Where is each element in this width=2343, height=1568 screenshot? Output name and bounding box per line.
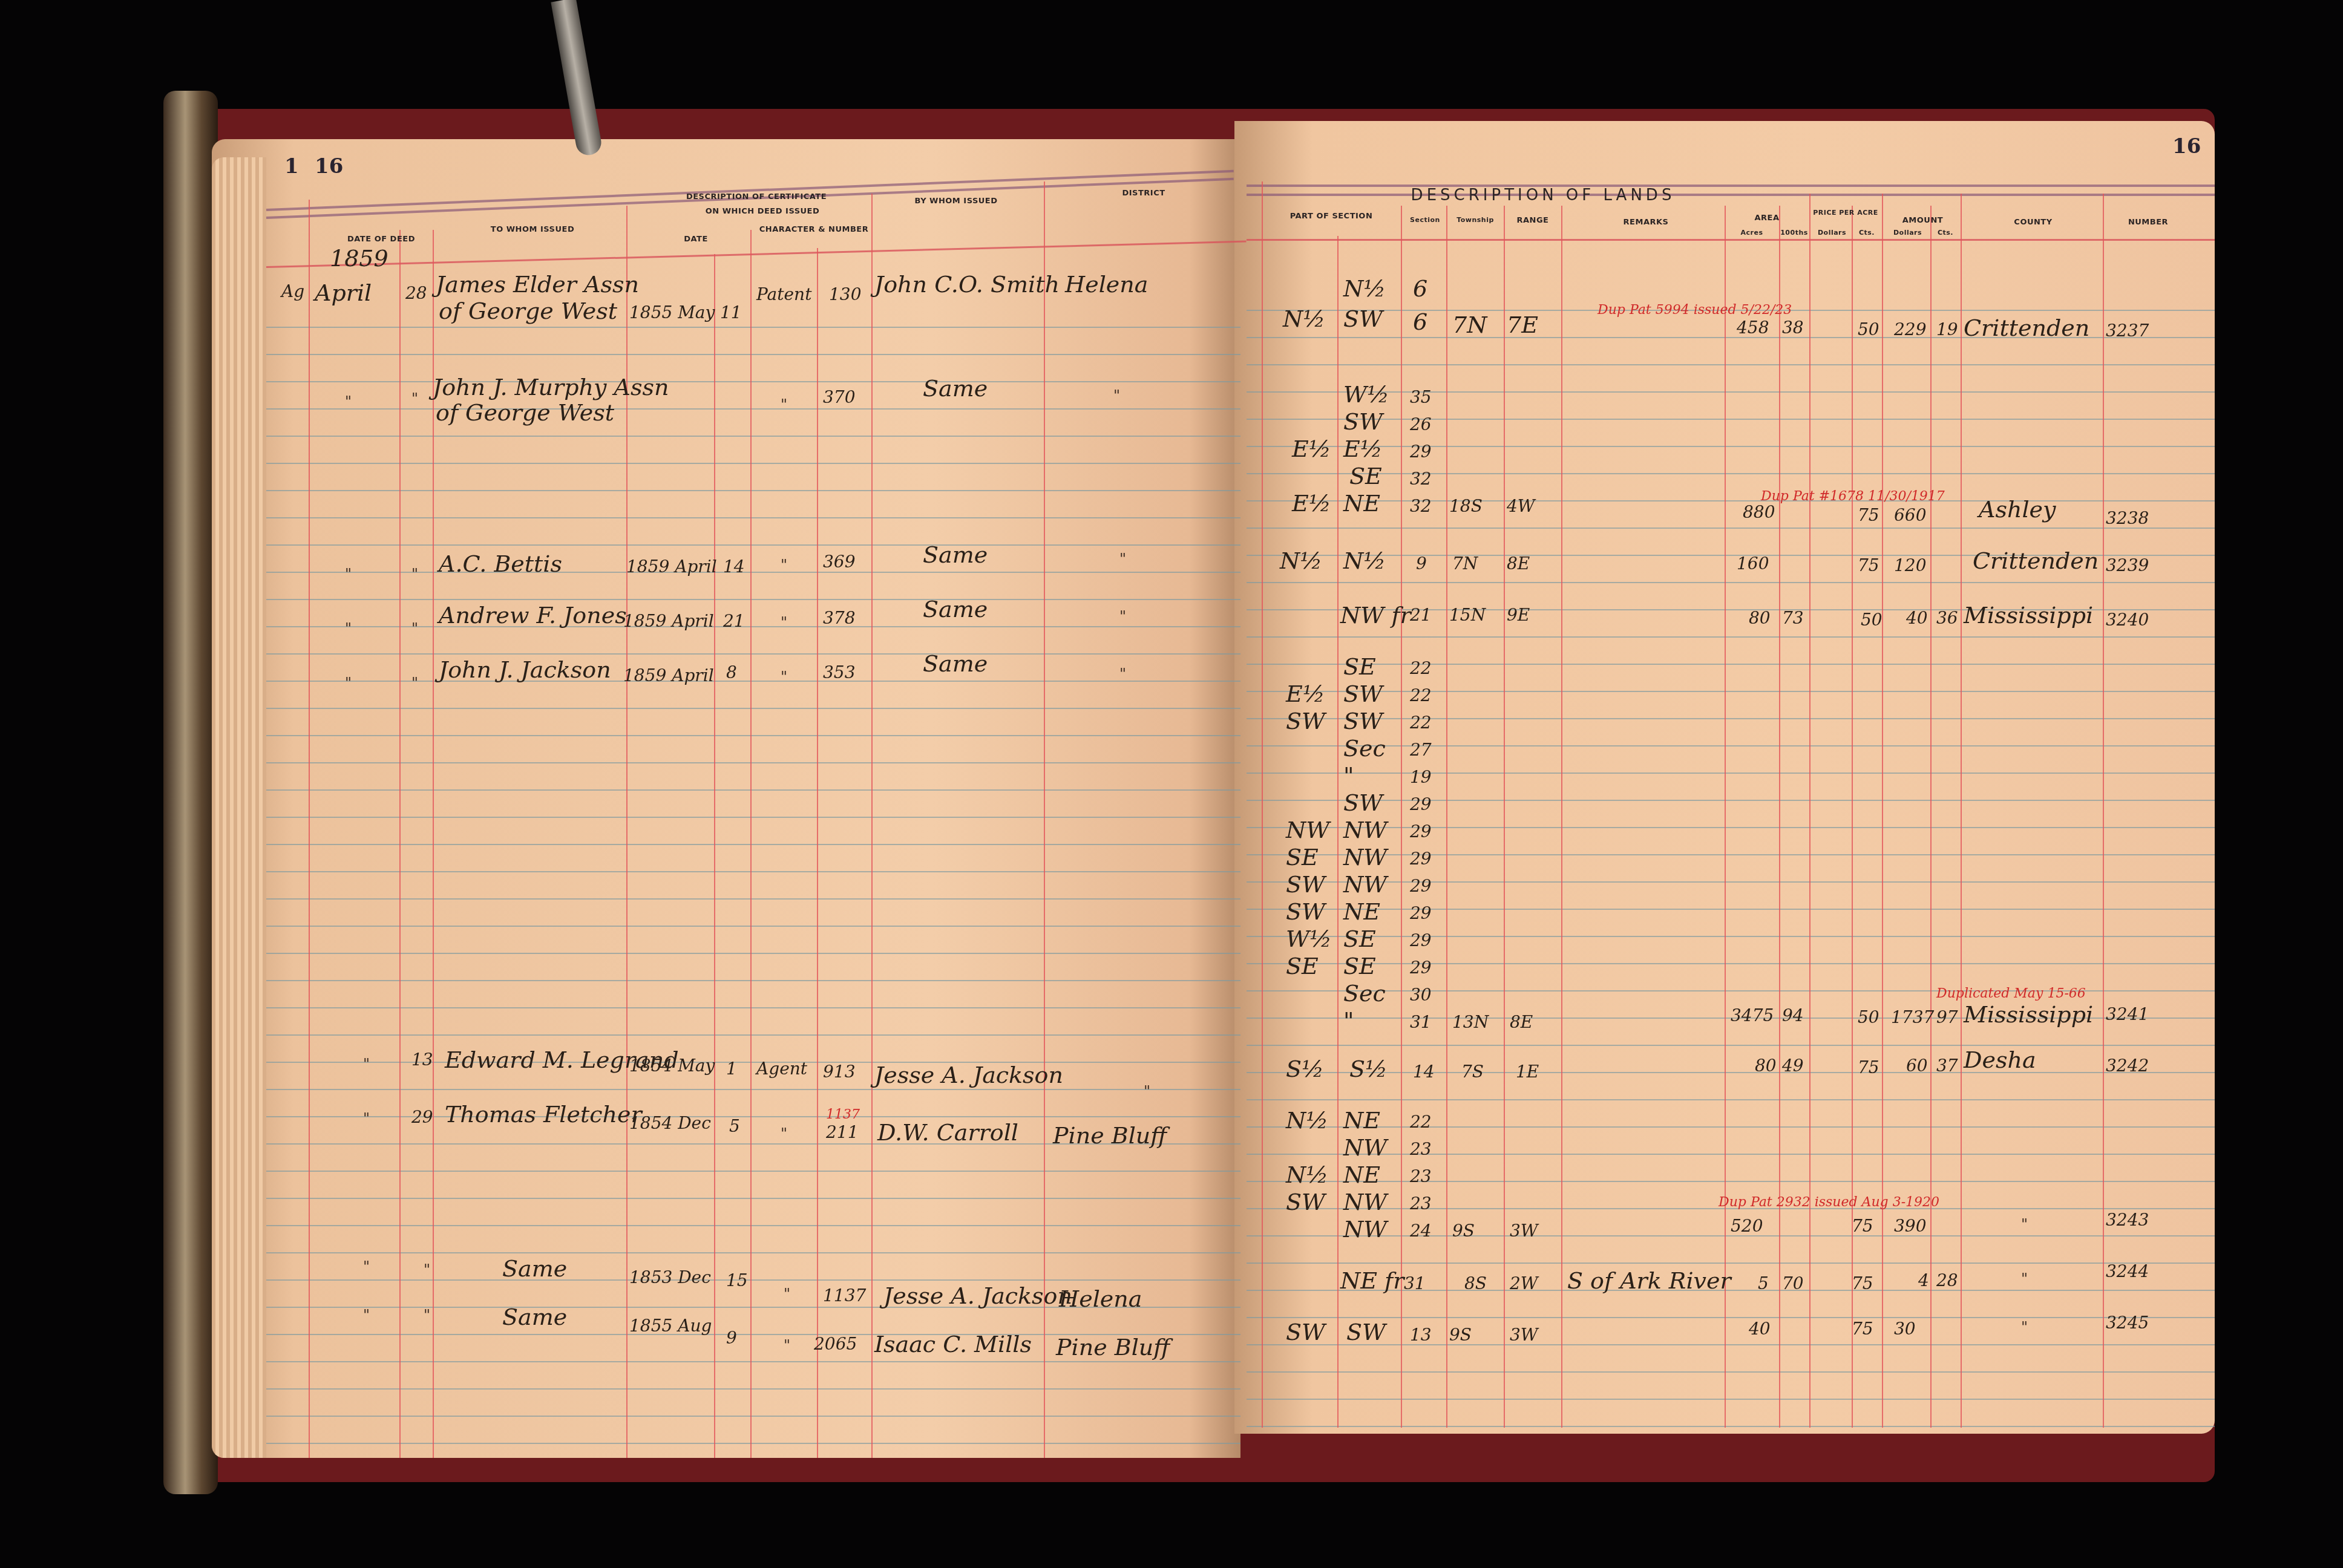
header-bottom-rule xyxy=(1247,239,2215,241)
cert-number-red: 1137 xyxy=(826,1107,860,1122)
land-subdivision: NW xyxy=(1343,1189,1387,1215)
land-section: 26 xyxy=(1410,414,1432,434)
ruled-line xyxy=(1247,854,2215,855)
ruled-line xyxy=(1247,909,2215,910)
red-annotation: Duplicated May 15-66 xyxy=(1936,986,2086,1001)
ruled-line xyxy=(1247,881,2215,883)
price-cts: 75 xyxy=(1858,555,1879,575)
cert-day: 14 xyxy=(723,557,745,577)
land-township: 9S xyxy=(1449,1325,1472,1345)
ruled-line xyxy=(266,926,1240,927)
header-amount: AMOUNT xyxy=(1885,216,1961,225)
ruled-line xyxy=(1247,1317,2215,1318)
cert-day: 1 xyxy=(726,1059,737,1079)
land-part: N½ xyxy=(1286,1161,1328,1188)
ruled-line xyxy=(1247,773,2215,774)
price-cts: 50 xyxy=(1858,1007,1879,1027)
header-date-of-deed: DATE OF DEED xyxy=(339,235,424,244)
column-rule xyxy=(1337,236,1339,1428)
grantee-name: Same xyxy=(502,1304,567,1330)
ruled-line xyxy=(266,1279,1240,1281)
ditto-mark: " xyxy=(411,620,418,637)
county: Desha xyxy=(1964,1047,2036,1073)
ruled-line xyxy=(1247,1263,2215,1264)
land-section: 14 xyxy=(1413,1062,1435,1082)
cert-character: Agent xyxy=(756,1059,807,1079)
land-subdivision: W½ xyxy=(1343,381,1389,408)
header-price-per-acre: PRICE PER ACRE xyxy=(1812,209,1879,217)
cert-day: 8 xyxy=(726,662,737,682)
ruled-line xyxy=(266,408,1240,410)
ruled-line xyxy=(266,436,1240,437)
cert-number: 130 xyxy=(829,284,861,304)
ruled-line xyxy=(1247,691,2215,692)
acres: 40 xyxy=(1749,1319,1771,1339)
land-part: SW xyxy=(1286,1319,1325,1345)
land-subdivision: " xyxy=(1343,762,1354,789)
ruled-line xyxy=(266,327,1240,328)
column-rule xyxy=(1504,206,1505,1428)
land-range: 4W xyxy=(1507,496,1535,516)
land-subdivision: SE xyxy=(1343,926,1376,952)
issued-by: Isaac C. Mills xyxy=(874,1331,1032,1357)
column-rule xyxy=(1852,206,1853,1428)
land-part: E½ xyxy=(1292,490,1331,517)
ruled-line xyxy=(266,544,1240,546)
ruled-line xyxy=(266,898,1240,900)
county: Crittenden xyxy=(1964,315,2089,341)
land-township: 18S xyxy=(1449,496,1483,516)
ditto-mark: " xyxy=(1144,1083,1150,1100)
header-range: RANGE xyxy=(1506,216,1560,225)
ruled-line xyxy=(1247,1399,2215,1400)
ruled-line xyxy=(266,1361,1240,1362)
record-number: 3244 xyxy=(2106,1261,2149,1281)
acres-100ths: 73 xyxy=(1782,608,1804,628)
land-subdivision: NW xyxy=(1343,1216,1387,1243)
ruled-line xyxy=(1247,528,2215,529)
deed-day: 28 xyxy=(405,283,427,303)
cert-date: 1855 Aug xyxy=(629,1316,712,1336)
ruled-line xyxy=(266,1034,1240,1036)
column-rule xyxy=(1446,206,1447,1428)
ditto-mark: " xyxy=(424,1261,430,1278)
record-number: 3243 xyxy=(2106,1210,2149,1230)
price-cts: 75 xyxy=(1852,1216,1873,1236)
ruled-line xyxy=(1247,1126,2215,1128)
land-subdivision: SE xyxy=(1343,953,1376,979)
red-annotation: Dup Pat 5994 issued 5/22/23 xyxy=(1597,302,1792,318)
amount-dollars: 120 xyxy=(1894,555,1926,575)
land-subdivision: NE fr xyxy=(1340,1267,1404,1294)
header-area: AREA xyxy=(1728,214,1806,223)
ditto-mark: " xyxy=(784,1285,790,1302)
land-part: N½ xyxy=(1286,1107,1328,1134)
land-subdivision: NE xyxy=(1343,1161,1380,1188)
price-cts: 50 xyxy=(1861,610,1883,630)
ruled-line xyxy=(1247,936,2215,937)
cert-day: 9 xyxy=(726,1328,737,1348)
land-part: N½ xyxy=(1283,305,1325,332)
margin-note: Ag xyxy=(281,281,304,301)
acres-100ths: 70 xyxy=(1782,1273,1804,1293)
land-township: 8S xyxy=(1464,1273,1487,1293)
cert-number: 370 xyxy=(823,387,855,407)
acres: 880 xyxy=(1743,502,1775,522)
district: Pine Bluff xyxy=(1053,1122,1167,1149)
ditto-mark: " xyxy=(781,557,787,573)
land-township: 13N xyxy=(1452,1012,1489,1032)
amount-dollars: 390 xyxy=(1894,1216,1926,1236)
land-range: 8E xyxy=(1510,1012,1533,1032)
cert-character: Patent xyxy=(756,284,811,304)
acres: 458 xyxy=(1737,318,1769,338)
record-number: 3242 xyxy=(2106,1056,2149,1076)
frayed-spine xyxy=(163,91,218,1494)
ruled-line xyxy=(266,599,1240,600)
land-range: 8E xyxy=(1507,554,1530,573)
district: Helena xyxy=(1065,271,1148,298)
amount-cts: 28 xyxy=(1936,1270,1958,1290)
district: Pine Bluff xyxy=(1056,1334,1170,1361)
acres-100ths: 94 xyxy=(1782,1005,1804,1025)
land-section: 29 xyxy=(1410,822,1432,841)
cert-number: 378 xyxy=(823,608,855,628)
cert-date: 1855 May xyxy=(629,302,715,322)
header-price-cts: Cts. xyxy=(1852,229,1882,237)
red-annotation: Dup Pat 2932 issued Aug 3-1920 xyxy=(1719,1195,1939,1210)
land-subdivision: SE xyxy=(1349,463,1382,489)
issued-by: Same xyxy=(923,375,988,402)
column-rule xyxy=(1779,206,1780,1428)
amount-dollars: 1737 xyxy=(1891,1007,1934,1027)
land-section: 29 xyxy=(1410,958,1432,978)
grantee-name: Same xyxy=(502,1255,567,1282)
cert-number: 353 xyxy=(823,662,855,682)
year-label: 1859 xyxy=(330,245,388,272)
header-remarks: REMARKS xyxy=(1585,218,1706,227)
land-section: 19 xyxy=(1410,767,1432,787)
ditto-mark: " xyxy=(2021,1216,2028,1233)
header-to-whom-issued: TO WHOM ISSUED xyxy=(472,225,593,234)
acres-100ths: 49 xyxy=(1782,1056,1804,1076)
ruled-line xyxy=(266,789,1240,791)
land-section: 29 xyxy=(1410,794,1432,814)
cert-date: 1853 Dec xyxy=(629,1267,711,1287)
land-range: 2W xyxy=(1510,1273,1538,1293)
column-rule xyxy=(1725,206,1726,1428)
price-cts: 75 xyxy=(1858,505,1879,525)
ditto-mark: " xyxy=(345,620,352,637)
county: Mississippi xyxy=(1964,1001,2093,1028)
record-number: 3239 xyxy=(2106,555,2149,575)
land-part: E½ xyxy=(1292,436,1331,462)
column-rule xyxy=(1809,194,1810,1428)
grantee-name: John J. Jackson xyxy=(439,656,611,683)
header-on-which-deed-issued: ON WHICH DEED ISSUED xyxy=(678,207,847,216)
ruled-line xyxy=(1247,800,2215,801)
ditto-mark: " xyxy=(1119,608,1126,625)
land-section: 29 xyxy=(1410,930,1432,950)
ruled-line xyxy=(266,817,1240,818)
land-subdivision: SE xyxy=(1343,653,1376,680)
ruled-line xyxy=(266,463,1240,464)
ruled-line xyxy=(1247,419,2215,420)
column-rule xyxy=(1961,194,1962,1428)
issued-by: John C.O. Smith xyxy=(874,271,1060,298)
cert-day: 15 xyxy=(726,1270,748,1290)
county: Crittenden xyxy=(1973,547,2099,574)
ruled-line xyxy=(266,354,1240,355)
land-part: SE xyxy=(1286,953,1319,979)
ditto-mark: " xyxy=(411,675,418,691)
amount-cts: 37 xyxy=(1936,1056,1958,1076)
ditto-mark: " xyxy=(345,675,352,691)
land-subdivision: S½ xyxy=(1349,1056,1388,1082)
land-section: 22 xyxy=(1410,713,1432,733)
grantee-name: Thomas Fletcher xyxy=(445,1101,642,1128)
land-part: SW xyxy=(1286,708,1325,734)
land-part: NW xyxy=(1286,817,1329,843)
header-part-of-section: PART OF SECTION xyxy=(1268,212,1395,221)
land-section: 22 xyxy=(1410,685,1432,705)
ditto-mark: " xyxy=(781,1125,787,1142)
column-rule xyxy=(309,200,310,1458)
cert-date: 1854 May xyxy=(629,1056,715,1076)
cert-day: 5 xyxy=(729,1116,740,1136)
amount-dollars: 660 xyxy=(1894,505,1926,525)
header-description-of-lands: DESCRIPTION OF LANDS xyxy=(1392,186,1694,204)
ditto-mark: " xyxy=(345,393,352,410)
issued-by: Same xyxy=(923,541,988,568)
column-rule xyxy=(817,248,818,1458)
land-part: SW xyxy=(1286,871,1325,898)
county: Ashley xyxy=(1979,496,2056,523)
ruled-line xyxy=(266,1443,1240,1444)
land-section: 24 xyxy=(1410,1221,1432,1241)
ruled-line xyxy=(266,653,1240,655)
ruled-line xyxy=(1247,1344,2215,1345)
land-township: 9S xyxy=(1452,1221,1475,1241)
amount-dollars: 229 xyxy=(1894,319,1926,339)
cert-day: 11 xyxy=(720,302,742,322)
land-subdivision: NW xyxy=(1343,1134,1387,1161)
cert-date: 1854 Dec xyxy=(629,1113,711,1133)
land-part: SW xyxy=(1286,898,1325,925)
amount-dollars: 40 xyxy=(1906,608,1928,628)
grantee-name: A.C. Bettis xyxy=(439,550,562,577)
deed-day: 13 xyxy=(411,1050,433,1070)
land-range: 9E xyxy=(1507,605,1530,625)
land-subdivision: SW xyxy=(1343,305,1383,332)
land-subdivision: NE xyxy=(1343,898,1380,925)
issued-by: Jesse A. Jackson xyxy=(883,1282,1072,1309)
cert-number: 913 xyxy=(823,1062,855,1082)
land-part: SE xyxy=(1286,844,1319,871)
land-section: 31 xyxy=(1404,1273,1426,1293)
deed-month: April xyxy=(315,279,372,306)
ruled-line xyxy=(1247,718,2215,719)
ditto-mark: " xyxy=(363,1258,370,1275)
land-subdivision: NE xyxy=(1343,1107,1380,1134)
ruled-line xyxy=(266,953,1240,954)
land-township: 15N xyxy=(1449,605,1486,625)
land-section: 9 xyxy=(1416,554,1427,573)
ruled-line xyxy=(266,1388,1240,1390)
land-subdivision: SW xyxy=(1343,408,1383,435)
header-number: NUMBER xyxy=(2112,218,2184,227)
ditto-mark: " xyxy=(411,566,418,583)
header-description-of-certificate: DESCRIPTION OF CERTIFICATE xyxy=(666,192,847,201)
land-section: 22 xyxy=(1410,1112,1432,1132)
column-rule xyxy=(1262,181,1263,1428)
issued-by: Jesse A. Jackson xyxy=(874,1062,1063,1088)
record-number: 3238 xyxy=(2106,508,2149,528)
ruled-line xyxy=(266,517,1240,518)
header-township: Township xyxy=(1447,216,1503,224)
land-section: 29 xyxy=(1410,903,1432,923)
amount-dollars: 60 xyxy=(1906,1056,1928,1076)
acres: 80 xyxy=(1755,1056,1777,1076)
amount-cts: 19 xyxy=(1936,319,1958,339)
ruled-line xyxy=(266,490,1240,491)
ruled-line xyxy=(266,735,1240,736)
ruled-line xyxy=(266,844,1240,845)
ruled-line xyxy=(1247,582,2215,583)
land-subdivision: " xyxy=(1343,1007,1354,1034)
ditto-mark: " xyxy=(363,1307,370,1324)
page-number-left: 16 xyxy=(315,154,343,178)
land-subdivision: NW xyxy=(1343,817,1387,843)
ruled-line xyxy=(1247,500,2215,501)
ruled-line xyxy=(1247,1181,2215,1182)
land-section: 30 xyxy=(1410,985,1432,1005)
ruled-line xyxy=(266,1089,1240,1090)
acres-100ths: 38 xyxy=(1782,318,1804,338)
land-part: W½ xyxy=(1286,926,1332,952)
cert-date: 1859 April xyxy=(626,557,717,577)
district: Helena xyxy=(1059,1285,1142,1312)
land-township: 7S xyxy=(1461,1062,1484,1082)
price-cts: 75 xyxy=(1858,1057,1879,1077)
grantee-name: John J. Murphy Assn xyxy=(433,374,669,400)
land-subdivision: SW xyxy=(1343,681,1383,707)
column-rule xyxy=(1044,181,1045,1458)
land-township: 7N xyxy=(1452,554,1478,573)
land-section: 6 xyxy=(1413,275,1427,302)
column-rule xyxy=(1401,206,1402,1428)
land-township: 7N xyxy=(1452,312,1487,338)
amount-dollars: 4 xyxy=(1918,1270,1929,1290)
grantee-name: Andrew F. Jones xyxy=(439,602,627,629)
land-section: 29 xyxy=(1410,442,1432,462)
ruled-line xyxy=(1247,391,2215,393)
header-amount-dollars: Dollars xyxy=(1885,229,1930,237)
ruled-line xyxy=(1247,1072,2215,1073)
ditto-mark: " xyxy=(781,668,787,685)
column-rule xyxy=(871,194,873,1458)
ruled-line xyxy=(266,762,1240,763)
land-subdivision: NE xyxy=(1343,490,1380,517)
cert-day: 21 xyxy=(723,611,745,631)
price-cts: 50 xyxy=(1858,319,1879,339)
acres: 520 xyxy=(1731,1216,1763,1236)
column-rule xyxy=(714,254,715,1458)
land-section: 13 xyxy=(1410,1325,1432,1345)
land-section: 23 xyxy=(1410,1194,1432,1214)
deed-day: 29 xyxy=(411,1107,433,1127)
land-section: 35 xyxy=(1410,387,1432,407)
land-part: E½ xyxy=(1286,681,1325,707)
ruled-line xyxy=(1247,1426,2215,1427)
ruled-line xyxy=(1247,1099,2215,1100)
issued-by: D.W. Carroll xyxy=(877,1119,1018,1146)
column-rule xyxy=(1561,206,1562,1428)
acres: 3475 xyxy=(1731,1005,1774,1025)
land-subdivision: Sec xyxy=(1343,735,1386,762)
issued-by: Same xyxy=(923,650,988,677)
red-annotation: Dup Pat #1678 11/30/1917 xyxy=(1761,489,1945,504)
header-cert-date: DATE xyxy=(666,235,726,244)
cert-date: 1859 April xyxy=(623,611,714,631)
ditto-mark: " xyxy=(345,566,352,583)
column-rule xyxy=(1930,206,1932,1428)
land-range: 3W xyxy=(1510,1221,1538,1241)
land-part: N½ xyxy=(1280,547,1322,574)
ruled-line xyxy=(1247,473,2215,474)
header-county: COUNTY xyxy=(1985,218,2082,227)
land-subdivision: NW fr xyxy=(1340,602,1411,629)
amount-cts: 36 xyxy=(1936,608,1958,628)
cert-number: 1137 xyxy=(823,1285,866,1305)
land-section: 23 xyxy=(1410,1139,1432,1159)
ruled-line xyxy=(1247,636,2215,638)
land-subdivision: Sec xyxy=(1343,980,1386,1007)
ruled-line xyxy=(1247,446,2215,447)
ruled-line xyxy=(1247,364,2215,365)
column-rule xyxy=(1882,194,1883,1428)
ruled-line xyxy=(266,1198,1240,1199)
ditto-mark: " xyxy=(2021,1319,2028,1336)
land-part: SW xyxy=(1286,1189,1325,1215)
land-subdivision: NW xyxy=(1343,844,1387,871)
ditto-mark: " xyxy=(2021,1270,2028,1287)
land-section: 29 xyxy=(1410,876,1432,896)
cert-number: 211 xyxy=(826,1122,858,1142)
record-number: 3245 xyxy=(2106,1313,2149,1333)
ruled-line xyxy=(266,980,1240,981)
header-price-dollars: Dollars xyxy=(1812,229,1852,237)
county: Mississippi xyxy=(1964,602,2093,629)
land-subdivision: NW xyxy=(1343,871,1387,898)
ruled-line xyxy=(266,1416,1240,1417)
header-section: Section xyxy=(1404,216,1446,224)
land-subdivision: SW xyxy=(1343,708,1383,734)
ditto-mark: " xyxy=(1113,387,1120,404)
land-subdivision: SW xyxy=(1346,1319,1386,1345)
column-rule xyxy=(399,230,401,1458)
land-range: 1E xyxy=(1516,1062,1539,1082)
land-subdivision: N½ xyxy=(1343,547,1386,574)
ruled-line xyxy=(266,708,1240,709)
column-rule xyxy=(750,230,752,1458)
grantee-name: James Elder Assn xyxy=(436,271,639,298)
price-cts: 75 xyxy=(1852,1273,1873,1293)
ruled-line xyxy=(1247,963,2215,964)
ditto-mark: " xyxy=(784,1337,790,1354)
land-range: 7E xyxy=(1507,312,1538,338)
record-number: 3240 xyxy=(2106,610,2149,630)
